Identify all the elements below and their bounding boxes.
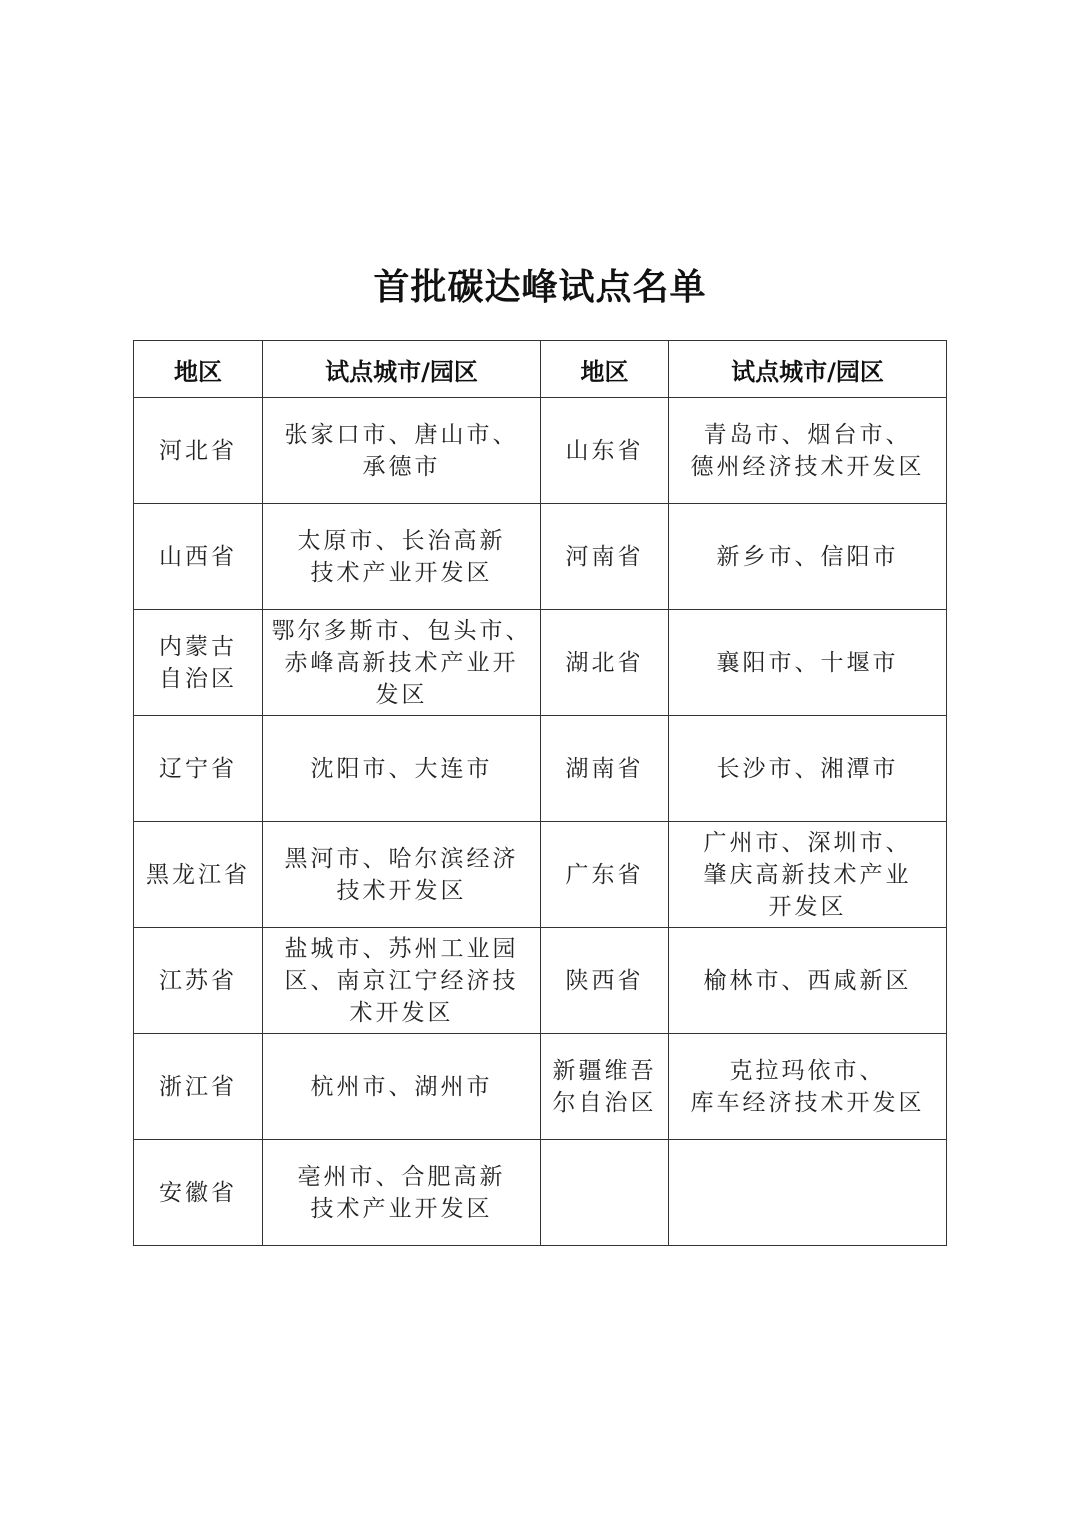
table-row: 浙江省 杭州市、湖州市 新疆维吾 尔自治区 克拉玛依市、 库车经济技术开发区 [134,1034,947,1140]
region-cell: 浙江省 [134,1034,263,1140]
cities-cell: 亳州市、合肥高新 技术产业开发区 [263,1140,541,1246]
region-cell: 陕西省 [541,928,669,1034]
empty-region-cell [541,1140,669,1246]
cities-cell: 新乡市、信阳市 [669,504,947,610]
region-cell: 黑龙江省 [134,822,263,928]
cities-cell: 张家口市、唐山市、 承德市 [263,398,541,504]
region-cell: 山西省 [134,504,263,610]
empty-cities-cell [669,1140,947,1246]
cities-cell: 长沙市、湘潭市 [669,716,947,822]
page-title: 首批碳达峰试点名单 [0,262,1080,312]
region-cell: 湖南省 [541,716,669,822]
cities-cell: 盐城市、苏州工业园 区、南京江宁经济技 术开发区 [263,928,541,1034]
table-row: 安徽省 亳州市、合肥高新 技术产业开发区 [134,1140,947,1246]
cities-cell: 杭州市、湖州市 [263,1034,541,1140]
header-region-right: 地区 [541,341,669,398]
region-cell: 安徽省 [134,1140,263,1246]
cities-cell: 青岛市、烟台市、 德州经济技术开发区 [669,398,947,504]
region-cell: 辽宁省 [134,716,263,822]
cities-cell: 沈阳市、大连市 [263,716,541,822]
cities-cell: 太原市、长治高新 技术产业开发区 [263,504,541,610]
cities-cell: 黑河市、哈尔滨经济 技术开发区 [263,822,541,928]
cities-cell: 襄阳市、十堰市 [669,610,947,716]
table-row: 河北省 张家口市、唐山市、 承德市 山东省 青岛市、烟台市、 德州经济技术开发区 [134,398,947,504]
region-cell: 新疆维吾 尔自治区 [541,1034,669,1140]
cities-cell: 鄂尔多斯市、包头市、 赤峰高新技术产业开 发区 [263,610,541,716]
region-cell: 山东省 [541,398,669,504]
cities-cell: 广州市、深圳市、 肇庆高新技术产业 开发区 [669,822,947,928]
header-region-left: 地区 [134,341,263,398]
table-header-row: 地区 试点城市/园区 地区 试点城市/园区 [134,341,947,398]
table-row: 黑龙江省 黑河市、哈尔滨经济 技术开发区 广东省 广州市、深圳市、 肇庆高新技术… [134,822,947,928]
region-cell: 湖北省 [541,610,669,716]
region-cell: 广东省 [541,822,669,928]
region-cell: 江苏省 [134,928,263,1034]
region-cell: 内蒙古 自治区 [134,610,263,716]
pilot-list-table: 地区 试点城市/园区 地区 试点城市/园区 河北省 张家口市、唐山市、 承德市 … [133,340,947,1246]
table-row: 江苏省 盐城市、苏州工业园 区、南京江宁经济技 术开发区 陕西省 榆林市、西咸新… [134,928,947,1034]
table-body: 河北省 张家口市、唐山市、 承德市 山东省 青岛市、烟台市、 德州经济技术开发区… [134,398,947,1246]
table-row: 内蒙古 自治区 鄂尔多斯市、包头市、 赤峰高新技术产业开 发区 湖北省 襄阳市、… [134,610,947,716]
table-row: 山西省 太原市、长治高新 技术产业开发区 河南省 新乡市、信阳市 [134,504,947,610]
cities-cell: 榆林市、西咸新区 [669,928,947,1034]
region-cell: 河北省 [134,398,263,504]
header-cities-right: 试点城市/园区 [669,341,947,398]
region-cell: 河南省 [541,504,669,610]
table-row: 辽宁省 沈阳市、大连市 湖南省 长沙市、湘潭市 [134,716,947,822]
header-cities-left: 试点城市/园区 [263,341,541,398]
cities-cell: 克拉玛依市、 库车经济技术开发区 [669,1034,947,1140]
